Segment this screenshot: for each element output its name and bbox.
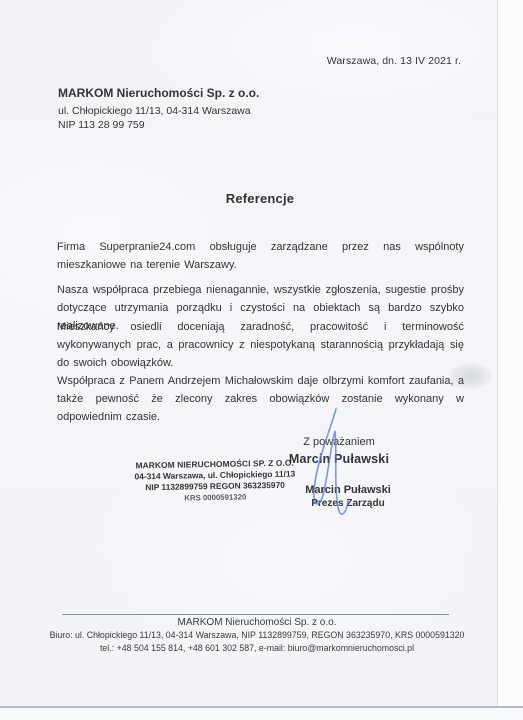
footer-company: MARKOM Nieruchomości Sp. z o.o.	[27, 617, 487, 628]
sender-address: ul. Chłopickiego 11/13, 04-314 Warszawa	[58, 104, 259, 119]
letter-title: Referencje	[57, 191, 463, 206]
sender-block: MARKOM Nieruchomości Sp. z o.o. ul. Chło…	[58, 86, 259, 133]
footer-address: Biuro: ul. Chłopickiego 11/13, 04-314 Wa…	[27, 630, 487, 640]
scanned-letter-page: Warszawa, dn. 13 IV 2021 r. MARKOM Nieru…	[0, 0, 523, 720]
letter-date: Warszawa, dn. 13 IV 2021 r.	[327, 55, 461, 67]
footer-divider	[62, 614, 449, 615]
stamp-line-4: KRS 0000591320	[133, 491, 297, 505]
paragraph-3: Mieszkańcy osiedli doceniają zaradność, …	[57, 318, 464, 372]
scan-edge-right	[497, 0, 523, 720]
paragraph-1: Firma Superpranie24.com obsługuje zarząd…	[57, 238, 464, 274]
sender-nip: NIP 113 28 99 759	[58, 118, 259, 133]
sender-company-name: MARKOM Nieruchomości Sp. z o.o.	[58, 86, 259, 101]
paragraph-4: Współpraca z Panem Andrzejem Michałowski…	[57, 372, 464, 426]
company-stamp: MARKOM NIERUCHOMOŚCI SP. Z O.O. 04-314 W…	[133, 458, 298, 505]
handwritten-signature-icon	[292, 403, 382, 523]
footer-contact: tel.: +48 504 155 814, +48 601 302 587, …	[27, 643, 487, 653]
scan-edge-bottom-strip	[0, 708, 523, 720]
